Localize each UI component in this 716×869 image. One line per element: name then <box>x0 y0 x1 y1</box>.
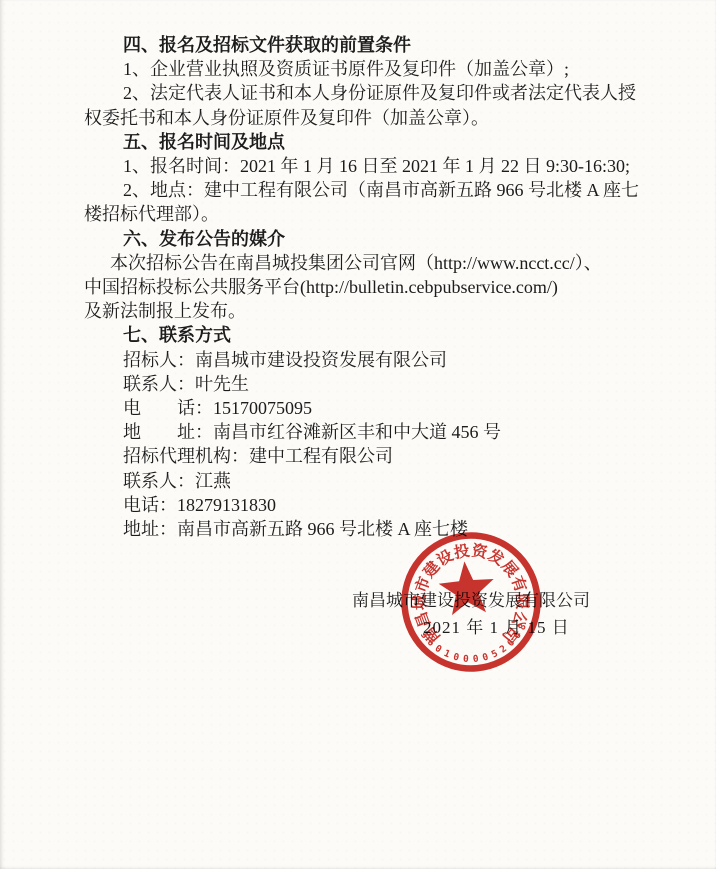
document-line: 2、地点：建中工程有限公司（南昌市高新五路 966 号北楼 A 座七 <box>84 178 659 202</box>
document-line: 七、联系方式 <box>84 323 659 347</box>
official-seal-icon: 南昌城市建设投资发展有限公司 3601000052668 <box>379 510 563 694</box>
page: 四、报名及招标文件获取的前置条件1、企业营业执照及资质证书原件及复印件（加盖公章… <box>0 0 716 869</box>
document-line: 联系人：江燕 <box>84 469 659 493</box>
document-line: 电 话：15170075095 <box>84 396 659 420</box>
document-line: 招标代理机构：建中工程有限公司 <box>84 444 659 468</box>
document-line: 1、报名时间：2021 年 1 月 16 日至 2021 年 1 月 22 日 … <box>84 154 659 178</box>
document-line: 权委托书和本人身份证原件及复印件（加盖公章）。 <box>84 106 659 130</box>
document-line: 联系人：叶先生 <box>84 372 659 396</box>
document-line: 四、报名及招标文件获取的前置条件 <box>84 33 659 57</box>
document-line: 本次招标公告在南昌城投集团公司官网（http://www.ncct.cc/）、 <box>84 251 659 275</box>
document-line: 地址：南昌市高新五路 966 号北楼 A 座七楼 <box>84 517 659 541</box>
document-line: 中国招标投标公共服务平台(http://bulletin.cebpubservi… <box>84 275 659 299</box>
document-line: 招标人：南昌城市建设投资发展有限公司 <box>84 348 659 372</box>
document-line: 地 址：南昌市红谷滩新区丰和中大道 456 号 <box>84 420 659 444</box>
document-line: 及新法制报上发布。 <box>84 299 659 323</box>
document-line: 五、报名时间及地点 <box>84 130 659 154</box>
document-line: 楼招标代理部）。 <box>84 202 659 226</box>
document-body: 四、报名及招标文件获取的前置条件1、企业营业执照及资质证书原件及复印件（加盖公章… <box>84 33 659 541</box>
document-line: 电话：18279131830 <box>84 493 659 517</box>
document-line: 1、企业营业执照及资质证书原件及复印件（加盖公章）; <box>84 57 659 81</box>
document-line: 2、法定代表人证书和本人身份证原件及复印件或者法定代表人授 <box>84 81 659 105</box>
document-line: 六、发布公告的媒介 <box>84 227 659 251</box>
